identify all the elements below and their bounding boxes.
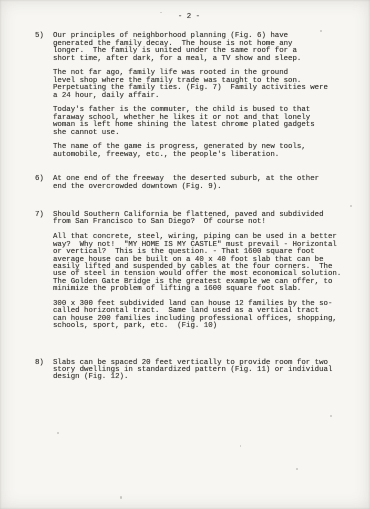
paragraph: The not far ago, family life was rooted … [53,70,343,100]
item-5-body: Our principles of neighborhood planning … [53,33,343,159]
paragraph: 300 x 300 feet subdivided land can house… [53,301,343,331]
item-7-body: Should Southern California be flattened,… [53,212,343,330]
numbered-item-8: 8) Slabs can be spaced 20 feet verticall… [35,360,343,382]
scan-speck [160,12,162,13]
paragraph: Slabs can be spaced 20 feet vertically t… [53,360,343,382]
paragraph: At one end of the freeway the deserted s… [53,176,343,191]
scan-speck [330,415,332,417]
item-6-marker: 6) [35,176,53,183]
document-page: - 2 - 5) Our principles of neighborhood … [0,0,370,509]
numbered-item-6: 6) At one end of the freeway the deserte… [35,176,343,191]
page-number: - 2 - [35,14,343,21]
item-8-marker: 8) [35,360,53,367]
item-5-marker: 5) [35,33,53,40]
scan-speck [57,432,59,434]
item-7-marker: 7) [35,212,53,219]
item-8-body: Slabs can be spaced 20 feet vertically t… [53,360,343,382]
scan-speck [296,468,298,470]
numbered-item-5: 5) Our principles of neighborhood planni… [35,33,343,159]
paragraph: Should Southern California be flattened,… [53,212,343,227]
paragraph: Today's father is the commuter, the chil… [53,107,343,137]
scan-speck [120,496,122,499]
scan-speck [240,445,241,447]
scan-speck [350,205,352,207]
item-6-body: At one end of the freeway the deserted s… [53,176,343,191]
paragraph: The name of the game is progress, genera… [53,144,343,159]
scan-speck [320,30,322,32]
paragraph: Our principles of neighborhood planning … [53,33,343,63]
paragraph: All that concrete, steel, wiring, piping… [53,234,343,293]
numbered-item-7: 7) Should Southern California be flatten… [35,212,343,330]
